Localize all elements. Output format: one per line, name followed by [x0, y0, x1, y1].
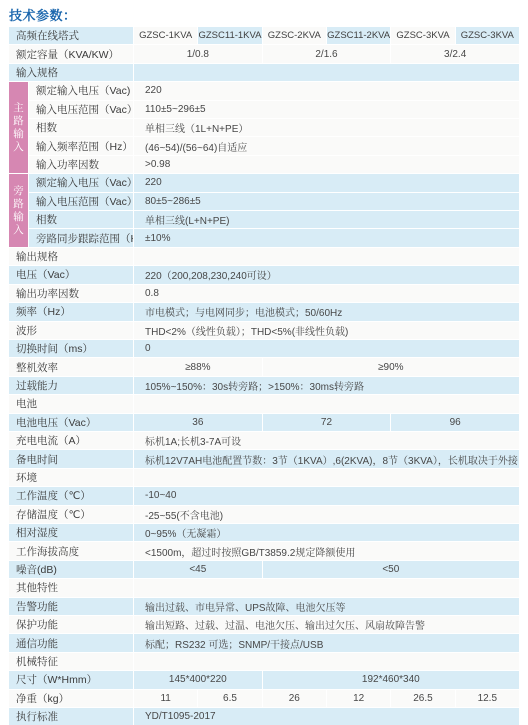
row-label: 频率（Hz） — [9, 303, 133, 320]
section-label: 电池 — [9, 395, 133, 412]
row-label: 输入频率范围（Hz） — [29, 137, 133, 154]
value-cell: 36 — [134, 414, 262, 431]
value-cell: >0.98 — [134, 156, 519, 173]
value-cell: 输出过载、市电异常、UPS故障、电池欠压等 — [134, 598, 519, 615]
row-label: 工作温度（℃） — [9, 487, 133, 504]
row-label: 额定容量（KVA/KW） — [9, 45, 133, 62]
model-name-cell: GZSC-3KVA — [391, 27, 454, 44]
model-name-cell: GZSC11-1KVA — [198, 27, 261, 44]
value-cell: 105%~150%：30s转旁路；>150%：30ms转旁路 — [134, 377, 519, 394]
row-label: 存储温度（℃） — [9, 506, 133, 523]
section-row: 其他特性 — [9, 579, 519, 596]
value-cell: <1500m，超过时按照GB/T3859.2规定降额使用 — [134, 542, 519, 559]
section-row: 输入规格 — [9, 64, 519, 81]
value-cell: 11 — [134, 690, 197, 707]
group-label-char: 入 — [13, 141, 24, 154]
section-row: 机械特征 — [9, 653, 519, 670]
value-cell: <50 — [263, 561, 519, 578]
spec-row: 备电时间标机12V7AH电池配置节数：3节（1KVA）,6(2KVA)，8节（3… — [9, 450, 519, 467]
value-cell: ±10% — [134, 229, 519, 246]
row-label: 备电时间 — [9, 450, 133, 467]
value-cell: 6.5 — [198, 690, 261, 707]
spec-row: 波形THD<2%（线性负载）；THD<5%(非线性负载) — [9, 322, 519, 339]
row-filler — [134, 579, 519, 596]
value-cell: 26 — [263, 690, 326, 707]
spec-row: 电压（Vac）220（200,208,230,240可设） — [9, 266, 519, 283]
value-cell: 单相三线(L+N+PE) — [134, 211, 519, 228]
group-label-char: 路 — [13, 198, 24, 211]
row-label: 通信功能 — [9, 634, 133, 651]
model-name-cell: GZSC-2KVA — [263, 27, 326, 44]
value-cell: 12 — [327, 690, 390, 707]
row-label: 电压（Vac） — [9, 266, 133, 283]
value-cell: <45 — [134, 561, 262, 578]
row-label: 输入电压范围（Vac） — [29, 193, 133, 210]
value-cell: 72 — [263, 414, 391, 431]
row-label: 保护功能 — [9, 616, 133, 633]
row-label: 波形 — [9, 322, 133, 339]
spec-row: 输入电压范围（Vac）110±5~296±5 — [9, 101, 519, 118]
row-label: 相对湿度 — [9, 524, 133, 541]
value-cell: 220 — [134, 174, 519, 191]
spec-row: 输入频率范围（Hz）(46~54)/(56~64)自适应 — [9, 137, 519, 154]
value-cell: 0~95%（无凝霜） — [134, 524, 519, 541]
spec-row: 保护功能输出短路、过载、过温、电池欠压、输出过欠压、风扇故障告警 — [9, 616, 519, 633]
row-label: 工作海拔高度 — [9, 542, 133, 559]
row-filler — [134, 248, 519, 265]
spec-row: 输出功率因数0.8 — [9, 285, 519, 302]
spec-row: 切换时间（ms）0 — [9, 340, 519, 357]
spec-row: 工作海拔高度<1500m，超过时按照GB/T3859.2规定降额使用 — [9, 542, 519, 559]
value-cell: 220（200,208,230,240可设） — [134, 266, 519, 283]
spec-row: 旁路同步跟踪范围（Hz）±10% — [9, 229, 519, 246]
row-label: 执行标准 — [9, 708, 133, 725]
row-label: 额定输入电压（Vac） — [29, 174, 133, 191]
group-label-char: 入 — [13, 224, 24, 237]
spec-row: 额定容量（KVA/KW）1/0.82/1.63/2.4 — [9, 45, 519, 62]
spec-row: 执行标准YD/T1095-2017 — [9, 708, 519, 725]
spec-row: 过载能力105%~150%：30s转旁路；>150%：30ms转旁路 — [9, 377, 519, 394]
section-row: 电池 — [9, 395, 519, 412]
row-label: 相数 — [29, 211, 133, 228]
row-label: 切换时间（ms） — [9, 340, 133, 357]
row-filler — [134, 64, 519, 81]
group-label-char: 输 — [13, 211, 24, 224]
model-name-cell: GZSC11-2KVA — [327, 27, 390, 44]
value-cell: 96 — [391, 414, 519, 431]
value-cell: 80±5~286±5 — [134, 193, 519, 210]
row-filler — [134, 395, 519, 412]
spec-row: 存储温度（℃）-25~55(不含电池) — [9, 506, 519, 523]
spec-row: 输入功率因数>0.98 — [9, 156, 519, 173]
section-row: 输出规格 — [9, 248, 519, 265]
spec-row: 整机效率≥88%≥90% — [9, 358, 519, 375]
spec-row: 相对湿度0~95%（无凝霜） — [9, 524, 519, 541]
value-cell: 0 — [134, 340, 519, 357]
row-label: 净重（kg） — [9, 690, 133, 707]
header-row: 高频在线塔式GZSC-1KVAGZSC11-1KVAGZSC-2KVAGZSC1… — [9, 27, 519, 44]
spec-row: 相数单相三线(L+N+PE) — [9, 211, 519, 228]
spec-row: 充电电流（A）标机1A;长机3-7A可设 — [9, 432, 519, 449]
value-cell: ≥90% — [263, 358, 519, 375]
section-label: 其他特性 — [9, 579, 133, 596]
value-cell: 2/1.6 — [263, 45, 391, 62]
value-cell: 单相三线（1L+N+PE） — [134, 119, 519, 136]
row-label: 输出功率因数 — [9, 285, 133, 302]
value-cell: 标机12V7AH电池配置节数：3节（1KVA）,6(2KVA)，8节（3KVA）… — [134, 450, 519, 467]
value-cell: ≥88% — [134, 358, 262, 375]
group-label-main-input: 主路输入 — [9, 82, 28, 173]
section-label: 机械特征 — [9, 653, 133, 670]
value-cell: THD<2%（线性负载）；THD<5%(非线性负载) — [134, 322, 519, 339]
spec-table: 高频在线塔式GZSC-1KVAGZSC11-1KVAGZSC-2KVAGZSC1… — [9, 27, 519, 725]
row-label: 噪音(dB) — [9, 561, 133, 578]
value-cell: 标机1A;长机3-7A可设 — [134, 432, 519, 449]
spec-row: 额定输入电压（Vac）220 — [9, 174, 519, 191]
row-label: 整机效率 — [9, 358, 133, 375]
value-cell: YD/T1095-2017 — [134, 708, 519, 725]
value-cell: 192*460*340 — [263, 671, 519, 688]
row-label: 过载能力 — [9, 377, 133, 394]
section-label: 输入规格 — [9, 64, 133, 81]
spec-row: 相数单相三线（1L+N+PE） — [9, 119, 519, 136]
spec-row: 通信功能标配；RS232 可选；SNMP/干接点/USB — [9, 634, 519, 651]
group-label-char: 旁 — [13, 185, 24, 198]
spec-row: 噪音(dB)<45<50 — [9, 561, 519, 578]
spec-row: 频率（Hz）市电模式；与电网同步；电池模式；50/60Hz — [9, 303, 519, 320]
row-filler — [134, 469, 519, 486]
value-cell: 3/2.4 — [391, 45, 519, 62]
row-label: 相数 — [29, 119, 133, 136]
value-cell: 145*400*220 — [134, 671, 262, 688]
group-label-char: 路 — [13, 115, 24, 128]
row-label: 旁路同步跟踪范围（Hz） — [29, 229, 133, 246]
value-cell: 输出短路、过载、过温、电池欠压、输出过欠压、风扇故障告警 — [134, 616, 519, 633]
row-label: 额定输入电压（Vac) — [29, 82, 133, 99]
value-cell: -10~40 — [134, 487, 519, 504]
spec-row: 输入电压范围（Vac）80±5~286±5 — [9, 193, 519, 210]
value-cell: 1/0.8 — [134, 45, 262, 62]
value-cell: 12.5 — [456, 690, 519, 707]
spec-row: 净重（kg）116.5261226.512.5 — [9, 690, 519, 707]
spec-row: 工作温度（℃）-10~40 — [9, 487, 519, 504]
page-title: 技术参数： — [9, 5, 528, 24]
value-cell: 26.5 — [391, 690, 454, 707]
row-label: 输入功率因数 — [29, 156, 133, 173]
spec-row: 告警功能输出过载、市电异常、UPS故障、电池欠压等 — [9, 598, 519, 615]
value-cell: -25~55(不含电池) — [134, 506, 519, 523]
group-label-bypass-input: 旁路输入 — [9, 174, 28, 247]
spec-row: 额定输入电压（Vac)220 — [9, 82, 519, 99]
row-label: 输入电压范围（Vac） — [29, 101, 133, 118]
value-cell: (46~54)/(56~64)自适应 — [134, 137, 519, 154]
group-label-char: 主 — [13, 102, 24, 115]
section-row: 环境 — [9, 469, 519, 486]
value-cell: 市电模式；与电网同步；电池模式；50/60Hz — [134, 303, 519, 320]
value-cell: 220 — [134, 82, 519, 99]
model-name-cell: GZSC-3KVA — [456, 27, 519, 44]
value-cell: 标配；RS232 可选；SNMP/干接点/USB — [134, 634, 519, 651]
value-cell: 110±5~296±5 — [134, 101, 519, 118]
row-label: 高频在线塔式 — [9, 27, 133, 44]
model-name-cell: GZSC-1KVA — [134, 27, 197, 44]
value-cell: 0.8 — [134, 285, 519, 302]
section-label: 输出规格 — [9, 248, 133, 265]
section-label: 环境 — [9, 469, 133, 486]
spec-row: 电池电压（Vac）367296 — [9, 414, 519, 431]
spec-row: 尺寸（W*Hmm）145*400*220192*460*340 — [9, 671, 519, 688]
row-label: 电池电压（Vac） — [9, 414, 133, 431]
group-label-char: 输 — [13, 128, 24, 141]
row-filler — [134, 653, 519, 670]
row-label: 充电电流（A） — [9, 432, 133, 449]
row-label: 告警功能 — [9, 598, 133, 615]
row-label: 尺寸（W*Hmm） — [9, 671, 133, 688]
